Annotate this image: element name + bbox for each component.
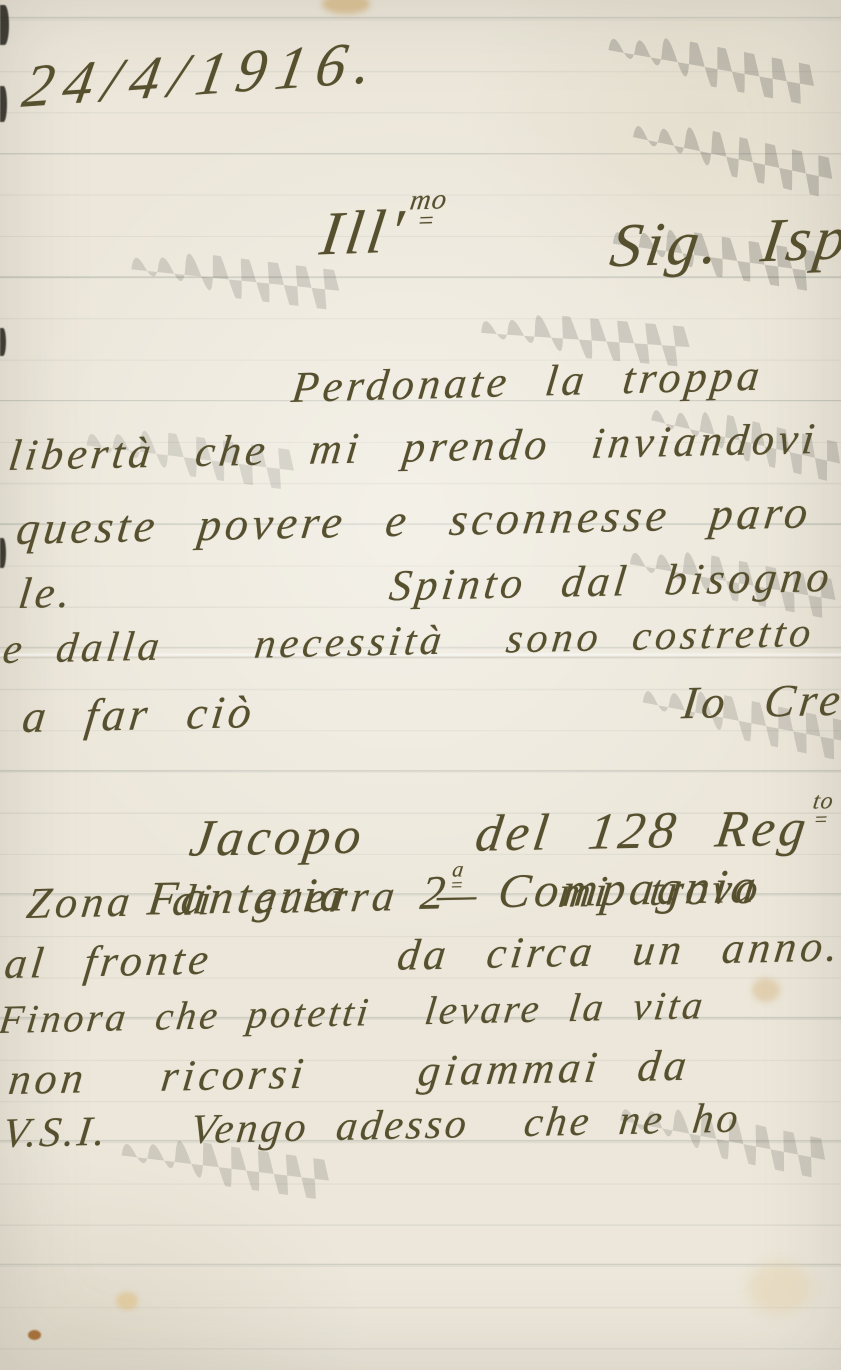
handwriting-line: queste povere e sconnesse paro: [14, 485, 815, 555]
stain: [28, 1330, 41, 1340]
stain: [752, 978, 780, 1002]
handwriting-line: non ricorsi giammai da: [6, 1040, 693, 1105]
salutation-ill: Ill: [316, 198, 393, 268]
scan-edge-artifact: [0, 328, 6, 356]
bleedthrough-writing: [596, 23, 827, 109]
scan-edge-artifact: [0, 86, 7, 122]
salutation-illmo: Ill'mo=: [147, 118, 459, 347]
scan-edge-artifact: [0, 5, 9, 45]
handwriting-line: libertà che mi prendo inviandovi: [6, 413, 821, 481]
salutation-sig: Sig. Isp: [606, 204, 841, 280]
letter-page: 24/4/1916. Ill'mo= Sig. Ispre= Perdonate…: [0, 0, 841, 1370]
superscript-to: to=: [809, 793, 834, 828]
handwriting-line: Finora che potetti levare la vita: [0, 981, 708, 1043]
salutation-sig-isp: Sig. Ispre=: [437, 125, 841, 359]
stain: [116, 1292, 138, 1310]
date-text: 24/4/1916.: [18, 28, 387, 120]
handwriting-line: a far ciò Io Crestini: [20, 671, 841, 743]
handwriting-line: V.S.I. Vengo adesso che ne ho: [0, 1095, 743, 1158]
handwriting-line: Perdonate la troppa: [289, 350, 766, 413]
stain: [322, 0, 370, 14]
scan-edge-artifact: [0, 538, 6, 568]
handwriting-line: e dalla necessità sono costretto: [0, 609, 817, 674]
salutation-superscript-mo: mo=: [406, 189, 449, 231]
letter-date: 24/4/1916.: [18, 27, 388, 122]
handwriting-line: le. Spinto dal bisogno: [16, 551, 836, 619]
stain: [748, 1262, 812, 1314]
